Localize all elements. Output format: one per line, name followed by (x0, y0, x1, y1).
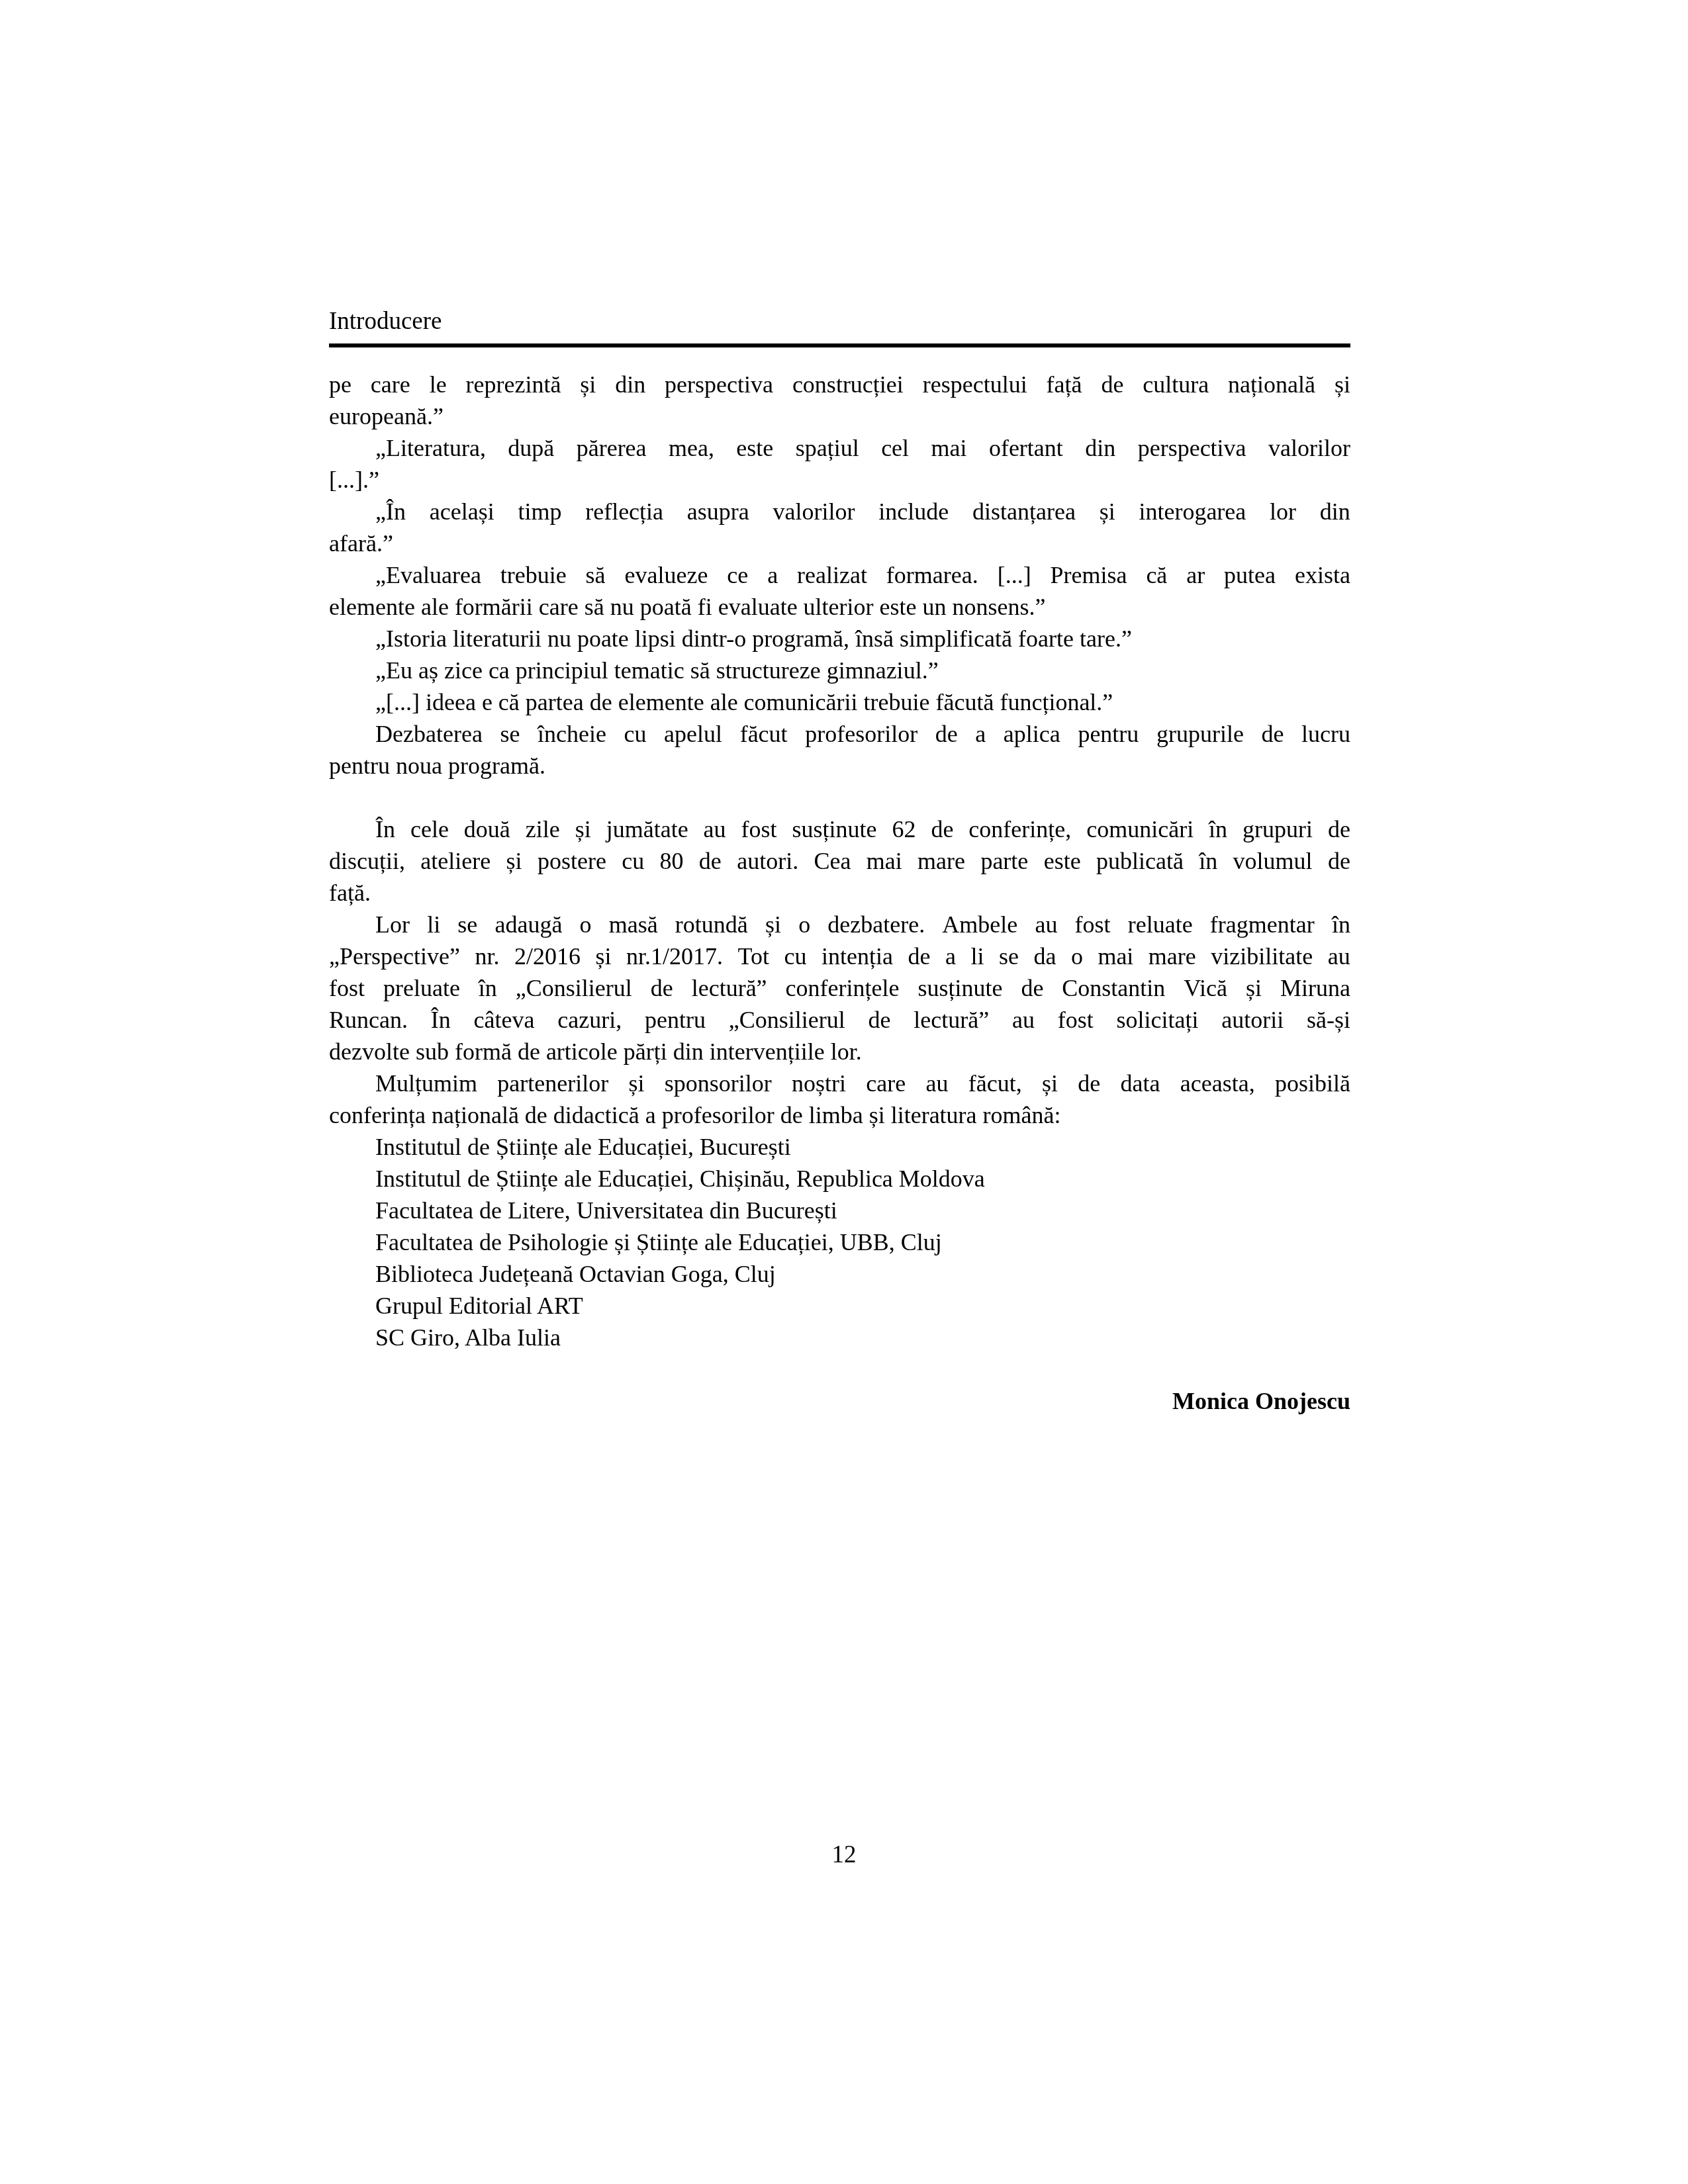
paragraph-line: „Perspective”nr.2/2016șinr.1/2017.Totcui… (329, 940, 1350, 972)
running-header-title: Introducere (329, 307, 442, 336)
paragraph-line: Dezbatereaseîncheiecuapelulfăcutprofesor… (329, 718, 1350, 750)
list-item-line: Grupul Editorial ART (329, 1290, 1350, 1322)
paragraph-line: elemente ale formării care să nu poată f… (329, 591, 1350, 623)
paragraph-line: „Înacelașitimpreflecțiaasupravalorilorin… (329, 496, 1350, 527)
paragraph-line: dezvolte sub formă de articole părți din… (329, 1036, 1350, 1068)
list-item-line: SC Giro, Alba Iulia (329, 1322, 1350, 1353)
paragraph-line: Runcan.Încâtevacazuri,pentru„Consilierul… (329, 1004, 1350, 1036)
paragraph-line: pentru noua programă. (329, 750, 1350, 782)
paragraph-line: Lorliseadaugăomasărotundășiodezbatere.Am… (329, 909, 1350, 940)
page-body: pecarelereprezintășidinperspectivaconstr… (329, 369, 1350, 1417)
list-item-line: Facultatea de Litere, Universitatea din … (329, 1195, 1350, 1226)
paragraph-line: conferința națională de didactică a prof… (329, 1099, 1350, 1131)
list-item-line: Biblioteca Județeană Octavian Goga, Cluj (329, 1258, 1350, 1290)
paragraph-line: europeană.” (329, 400, 1350, 432)
document-page: Introducere pecarelereprezintășidinpersp… (0, 0, 1688, 2184)
paragraph-line: față. (329, 877, 1350, 909)
paragraph-line: „Literatura,dupăpărereamea,estespațiulce… (329, 432, 1350, 464)
header-rule (329, 343, 1350, 347)
list-item-line: Institutul de Științe ale Educației, Chi… (329, 1163, 1350, 1195)
paragraph-line: Mulțumimpartenerilorșisponsorilornoștric… (329, 1068, 1350, 1099)
paragraph-line: [...].” (329, 464, 1350, 496)
paragraph-line: „Evaluareatrebuiesăevaluezecearealizatfo… (329, 559, 1350, 591)
list-item-line: Institutul de Științe ale Educației, Buc… (329, 1131, 1350, 1163)
paragraph-line: „Istoria literaturii nu poate lipsi dint… (329, 623, 1350, 655)
paragraph-line: Înceledouăzileșijumătateaufostsusținute6… (329, 813, 1350, 845)
list-item-line: Facultatea de Psihologie și Științe ale … (329, 1226, 1350, 1258)
paragraph-line: pecarelereprezintășidinperspectivaconstr… (329, 369, 1350, 400)
paragraph-line: „[...] ideea e că partea de elemente ale… (329, 686, 1350, 718)
signature-line: Monica Onojescu (329, 1385, 1350, 1417)
paragraph-line: discuții,ateliereșiposterecu80deautori.C… (329, 845, 1350, 877)
paragraph-line: afară.” (329, 527, 1350, 559)
paragraph-line: „Eu aș zice ca principiul tematic să str… (329, 655, 1350, 686)
paragraph-line: fostpreluateîn„Consilieruldelectură”conf… (329, 972, 1350, 1004)
page-number: 12 (0, 1841, 1688, 1869)
